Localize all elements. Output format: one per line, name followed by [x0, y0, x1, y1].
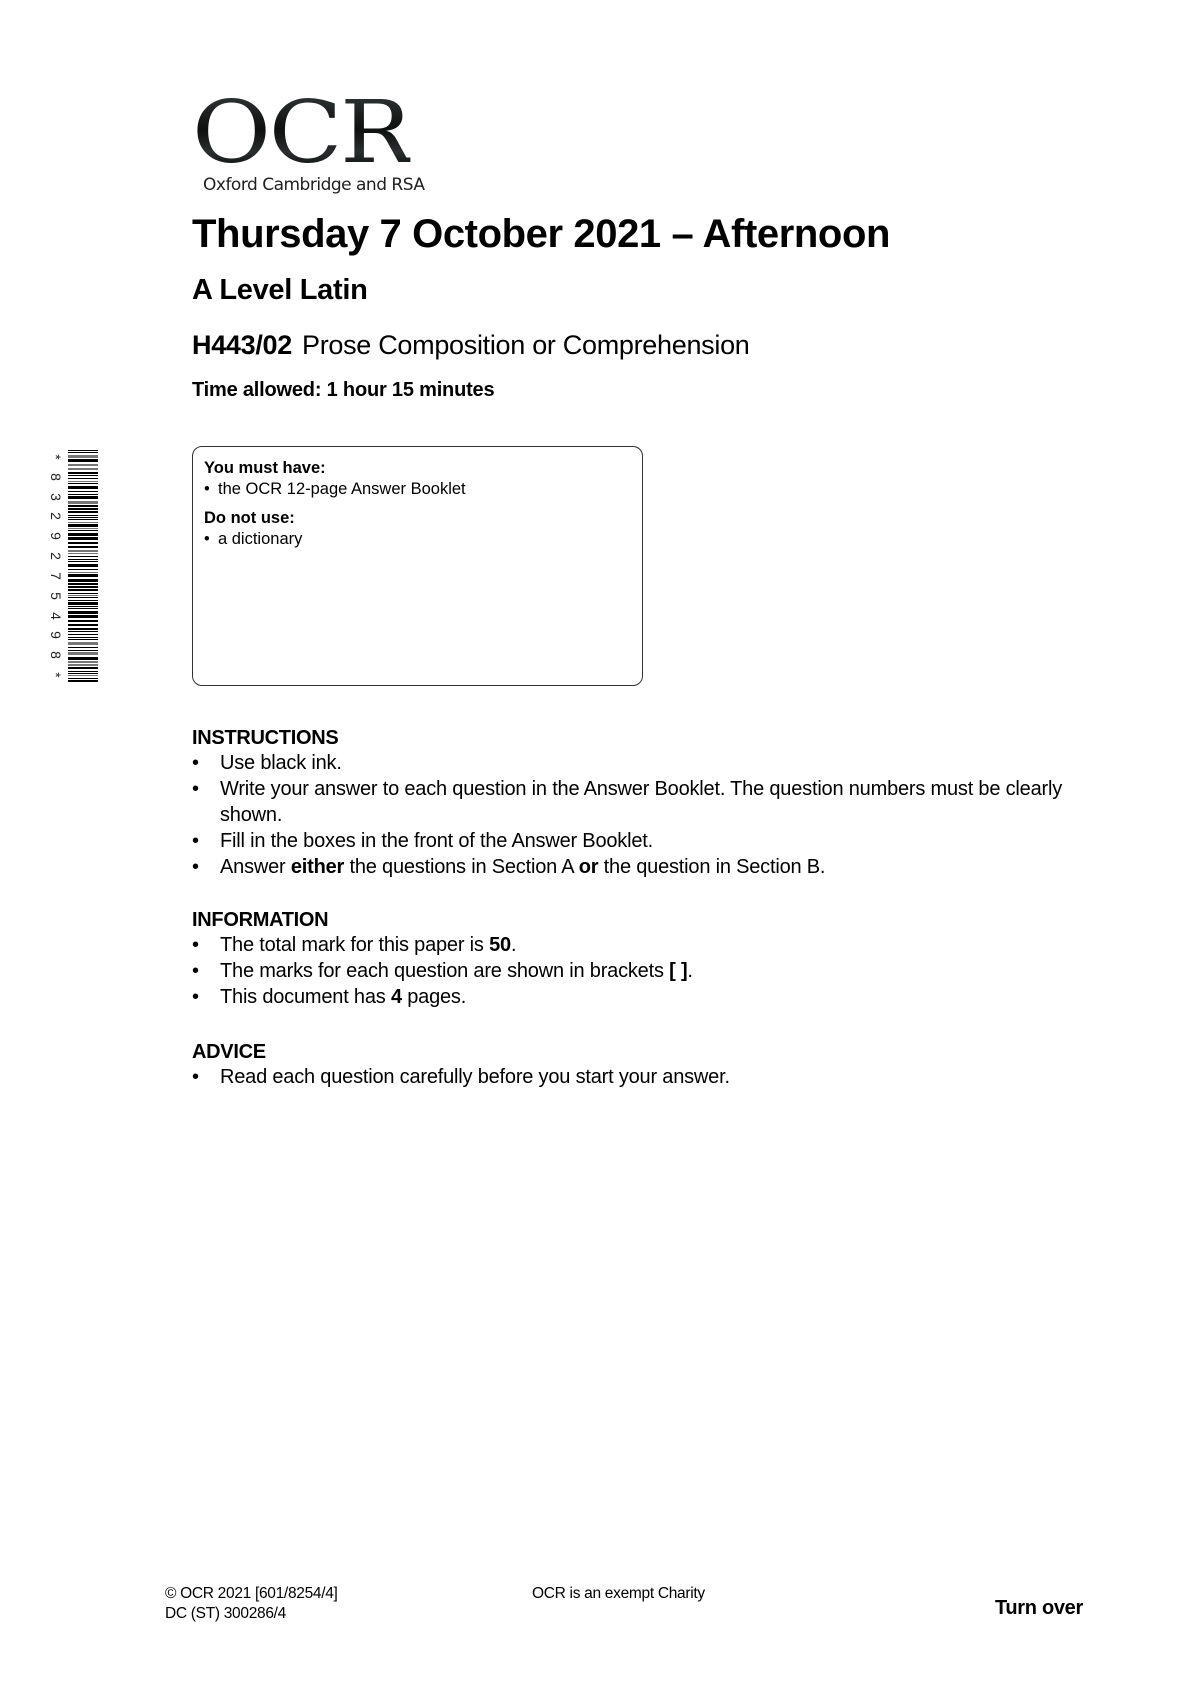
bullet-icon: •: [192, 958, 220, 984]
barcode-digit: 4: [49, 608, 63, 624]
do-not-use-list: •a dictionary: [204, 528, 631, 550]
information-text: The marks for each question are shown in…: [220, 958, 1092, 984]
time-allowed: Time allowed: 1 hour 15 minutes: [192, 379, 494, 402]
information-item: •The total mark for this paper is 50.: [192, 932, 1092, 958]
barcode-digit: 5: [49, 588, 63, 604]
barcode-digit: 2: [49, 508, 63, 524]
turn-over-label: Turn over: [995, 1597, 1083, 1620]
information-list: •The total mark for this paper is 50.•Th…: [192, 932, 1092, 1010]
barcode-digits: *8329275498*: [48, 450, 64, 682]
bullet-icon: •: [204, 478, 218, 500]
must-have-heading: You must have:: [204, 458, 631, 478]
paper-title-line: H443/02Prose Composition or Comprehensio…: [192, 330, 750, 361]
instruction-text: Fill in the boxes in the front of the An…: [220, 828, 1092, 854]
must-have-text: the OCR 12-page Answer Booklet: [218, 478, 466, 500]
charity-notice: OCR is an exempt Charity: [532, 1584, 705, 1604]
instruction-item: •Answer either the questions in Section …: [192, 854, 1092, 880]
bullet-icon: •: [192, 984, 220, 1010]
information-heading: INFORMATION: [192, 908, 1092, 932]
barcode-digit: 3: [49, 489, 63, 505]
do-not-use-item: •a dictionary: [204, 528, 631, 550]
logo-mark: OCR: [192, 95, 410, 171]
requirements-box: You must have: •the OCR 12-page Answer B…: [192, 446, 643, 686]
exam-subject: A Level Latin: [192, 274, 368, 307]
instruction-text: Use black ink.: [220, 750, 1092, 776]
barcode-bars-icon: [68, 450, 98, 682]
barcode-digit: 8: [49, 469, 63, 485]
footer-left: © OCR 2021 [601/8254/4] DC (ST) 300286/4: [165, 1584, 338, 1624]
paper-title: Prose Composition or Comprehension: [302, 330, 750, 360]
advice-heading: ADVICE: [192, 1040, 1092, 1064]
ocr-logo: OCR Oxford Cambridge and RSA: [192, 95, 387, 171]
information-text: This document has 4 pages.: [220, 984, 1092, 1010]
barcode-digit: *: [49, 667, 63, 683]
bullet-icon: •: [192, 776, 220, 828]
instruction-item: •Use black ink.: [192, 750, 1092, 776]
instructions-list: •Use black ink.•Write your answer to eac…: [192, 750, 1092, 880]
barcode-digit: *: [49, 449, 63, 465]
barcode-digit: 8: [49, 647, 63, 663]
bullet-icon: •: [192, 750, 220, 776]
copyright-notice: © OCR 2021 [601/8254/4]: [165, 1584, 338, 1604]
document-reference: DC (ST) 300286/4: [165, 1604, 338, 1624]
information-section: INFORMATION •The total mark for this pap…: [192, 908, 1092, 1010]
advice-text: Read each question carefully before you …: [220, 1064, 1092, 1090]
logo-subtitle: Oxford Cambridge and RSA: [203, 175, 424, 195]
bullet-icon: •: [192, 854, 220, 880]
barcode-digit: 9: [49, 528, 63, 544]
bullet-icon: •: [204, 528, 218, 550]
advice-list: •Read each question carefully before you…: [192, 1064, 1092, 1090]
advice-item: •Read each question carefully before you…: [192, 1064, 1092, 1090]
must-have-item: •the OCR 12-page Answer Booklet: [204, 478, 631, 500]
do-not-use-heading: Do not use:: [204, 508, 631, 528]
paper-code: H443/02: [192, 330, 292, 360]
bullet-icon: •: [192, 828, 220, 854]
information-item: •The marks for each question are shown i…: [192, 958, 1092, 984]
do-not-use-text: a dictionary: [218, 528, 302, 550]
bullet-icon: •: [192, 1064, 220, 1090]
instructions-heading: INSTRUCTIONS: [192, 726, 1092, 750]
barcode: *8329275498*: [48, 450, 98, 682]
instruction-text: Write your answer to each question in th…: [220, 776, 1092, 828]
instruction-item: •Fill in the boxes in the front of the A…: [192, 828, 1092, 854]
bullet-icon: •: [192, 932, 220, 958]
information-text: The total mark for this paper is 50.: [220, 932, 1092, 958]
must-have-list: •the OCR 12-page Answer Booklet: [204, 478, 631, 500]
barcode-digit: 7: [49, 568, 63, 584]
barcode-digit: 2: [49, 548, 63, 564]
instruction-item: •Write your answer to each question in t…: [192, 776, 1092, 828]
exam-cover-page: OCR Oxford Cambridge and RSA Thursday 7 …: [0, 0, 1191, 1684]
instruction-text: Answer either the questions in Section A…: [220, 854, 1092, 880]
advice-section: ADVICE •Read each question carefully bef…: [192, 1040, 1092, 1090]
exam-date-session: Thursday 7 October 2021 – Afternoon: [192, 212, 890, 257]
information-item: •This document has 4 pages.: [192, 984, 1092, 1010]
instructions-section: INSTRUCTIONS •Use black ink.•Write your …: [192, 726, 1092, 880]
barcode-digit: 9: [49, 627, 63, 643]
